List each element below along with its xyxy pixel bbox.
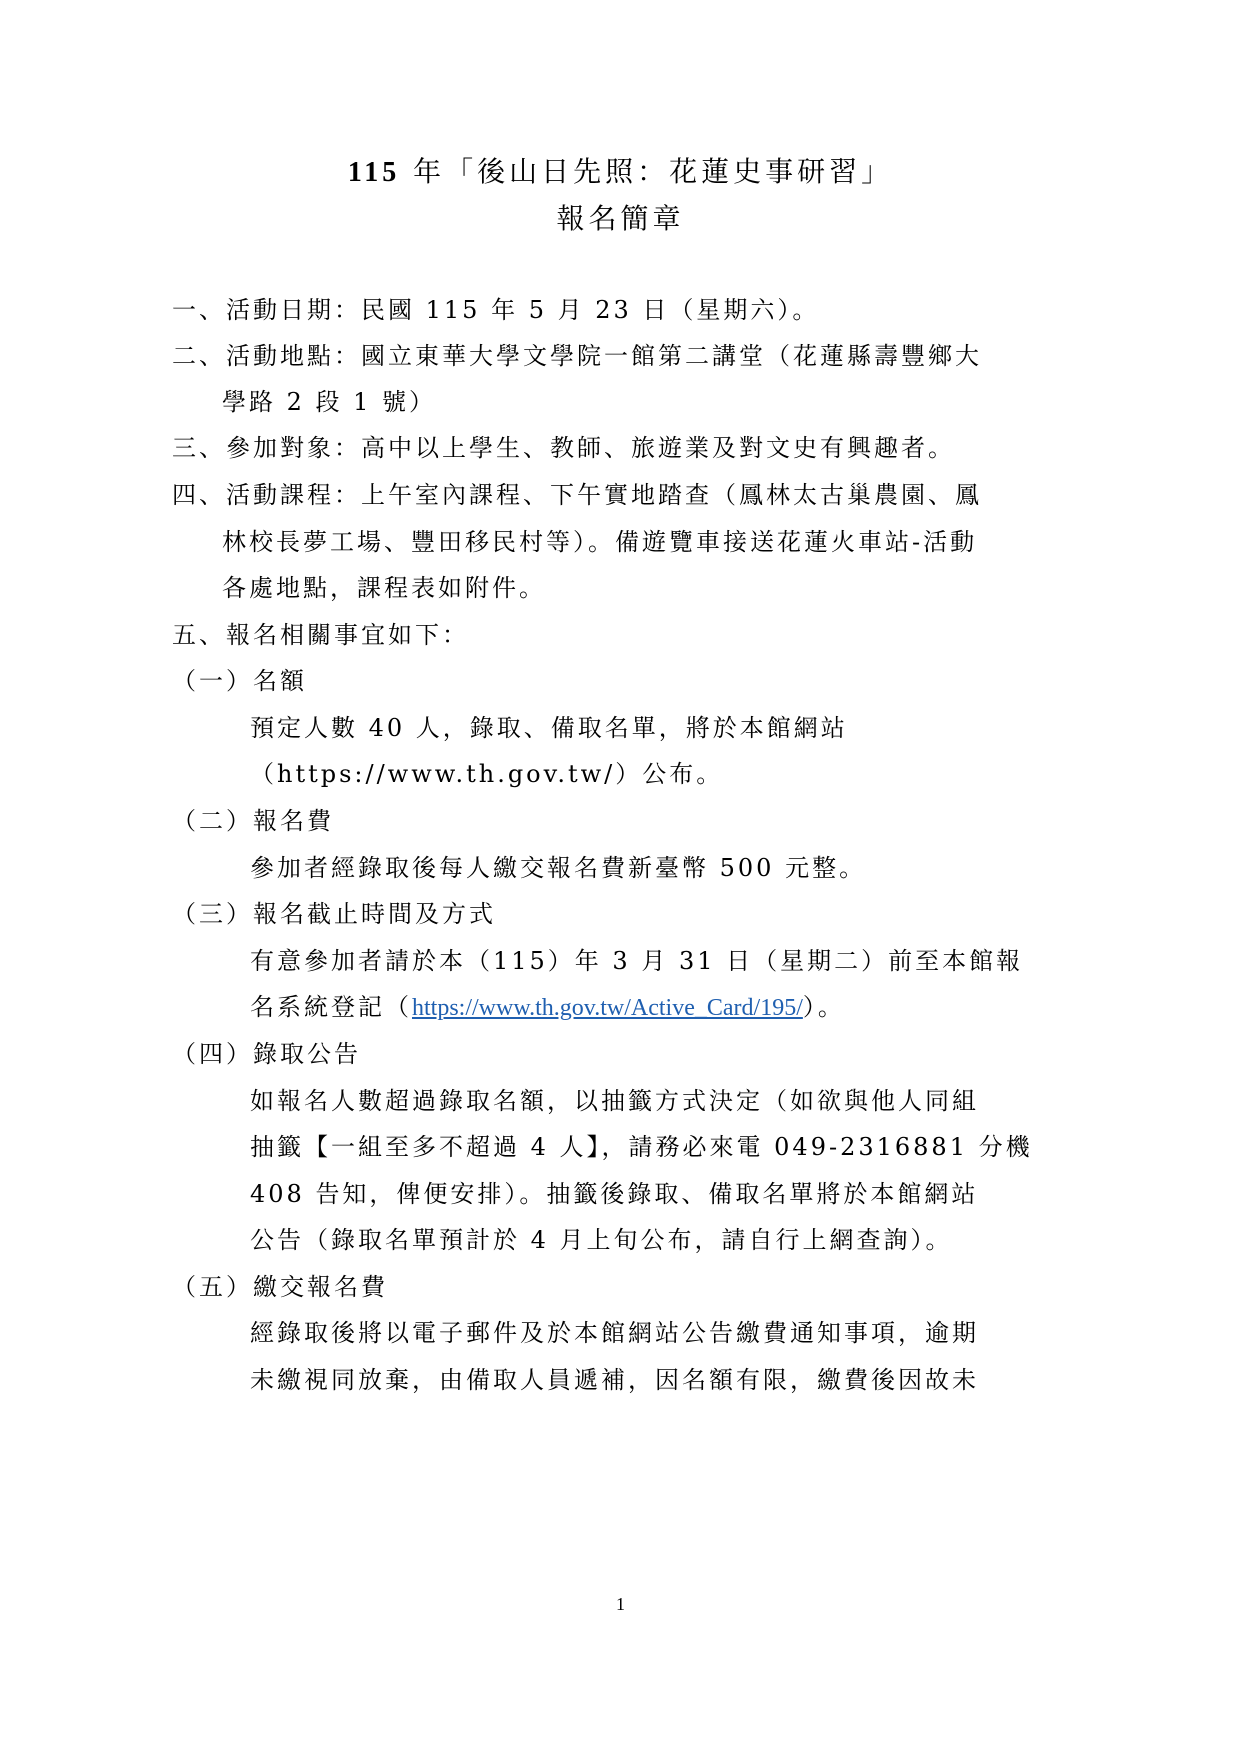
section-course-line3: 各處地點，課程表如附件。 [222, 573, 546, 603]
subsection-quota-line1: 預定人數 40 人，錄取、備取名單，將於本館網站 [250, 713, 848, 743]
subsection-deadline-line1: 有意參加者請於本（115）年 3 月 31 日（星期二）前至本館報 [250, 946, 1023, 976]
subsection-announcement-line3: 408 告知，俾便安排）。抽籤後錄取、備取名單將於本館網站 [250, 1179, 978, 1209]
section-registration: 五、報名相關事宜如下： [172, 620, 469, 650]
subsection-deadline-line2: 名系統登記（https://www.th.gov.tw/Active_Card/… [250, 992, 845, 1023]
deadline-text-pre: 名系統登記（ [250, 993, 412, 1021]
subsection-announcement-line2: 抽籤【一組至多不超過 4 人】，請務必來電 049-2316881 分機 [250, 1132, 1033, 1162]
subsection-announcement-heading: （四）錄取公告 [172, 1039, 361, 1069]
section-date: 一、活動日期：民國 115 年 5 月 23 日（星期六）。 [172, 295, 819, 325]
section-audience: 三、參加對象：高中以上學生、教師、旅遊業及對文史有興趣者。 [172, 433, 955, 463]
section-location-line2: 學路 2 段 1 號） [222, 387, 436, 417]
document-subtitle: 報名簡章 [0, 197, 1241, 237]
title-year: 115 [348, 157, 400, 188]
subsection-payment-heading: （五）繳交報名費 [172, 1272, 388, 1302]
subsection-quota-line2: （https://www.th.gov.tw/）公布。 [250, 759, 723, 789]
registration-link[interactable]: https://www.th.gov.tw/Active_Card/195/ [412, 995, 803, 1021]
document-page: 115 年「後山日先照：花蓮史事研習」 報名簡章 一、活動日期：民國 115 年… [0, 0, 1241, 1755]
subsection-announcement-line1: 如報名人數超過錄取名額，以抽籤方式決定（如欲與他人同組 [250, 1086, 979, 1116]
subsection-quota-heading: （一）名額 [172, 666, 307, 696]
subsection-payment-line2: 未繳視同放棄，由備取人員遞補，因名額有限，繳費後因故未 [250, 1365, 979, 1395]
section-location-line1: 二、活動地點：國立東華大學文學院一館第二講堂（花蓮縣壽豐鄉大 [172, 341, 982, 371]
subsection-fee-line1: 參加者經錄取後每人繳交報名費新臺幣 500 元整。 [250, 853, 866, 883]
title-text: 年「後山日先照：花蓮史事研習」 [400, 155, 893, 188]
section-course-line2: 林校長夢工場、豐田移民村等）。備遊覽車接送花蓮火車站-活動 [222, 527, 977, 557]
section-course-line1: 四、活動課程：上午室內課程、下午實地踏查（鳳林太古巢農園、鳳 [172, 480, 982, 510]
subsection-deadline-heading: （三）報名截止時間及方式 [172, 899, 496, 929]
subsection-payment-line1: 經錄取後將以電子郵件及於本館網站公告繳費通知事項，逾期 [250, 1318, 979, 1348]
subsection-fee-heading: （二）報名費 [172, 806, 334, 836]
page-number: 1 [0, 1594, 1241, 1615]
subsection-announcement-line4: 公告（錄取名單預計於 4 月上旬公布，請自行上網查詢）。 [250, 1225, 953, 1255]
deadline-text-post: ）。 [803, 993, 845, 1021]
document-title: 115 年「後山日先照：花蓮史事研習」 [0, 150, 1241, 190]
